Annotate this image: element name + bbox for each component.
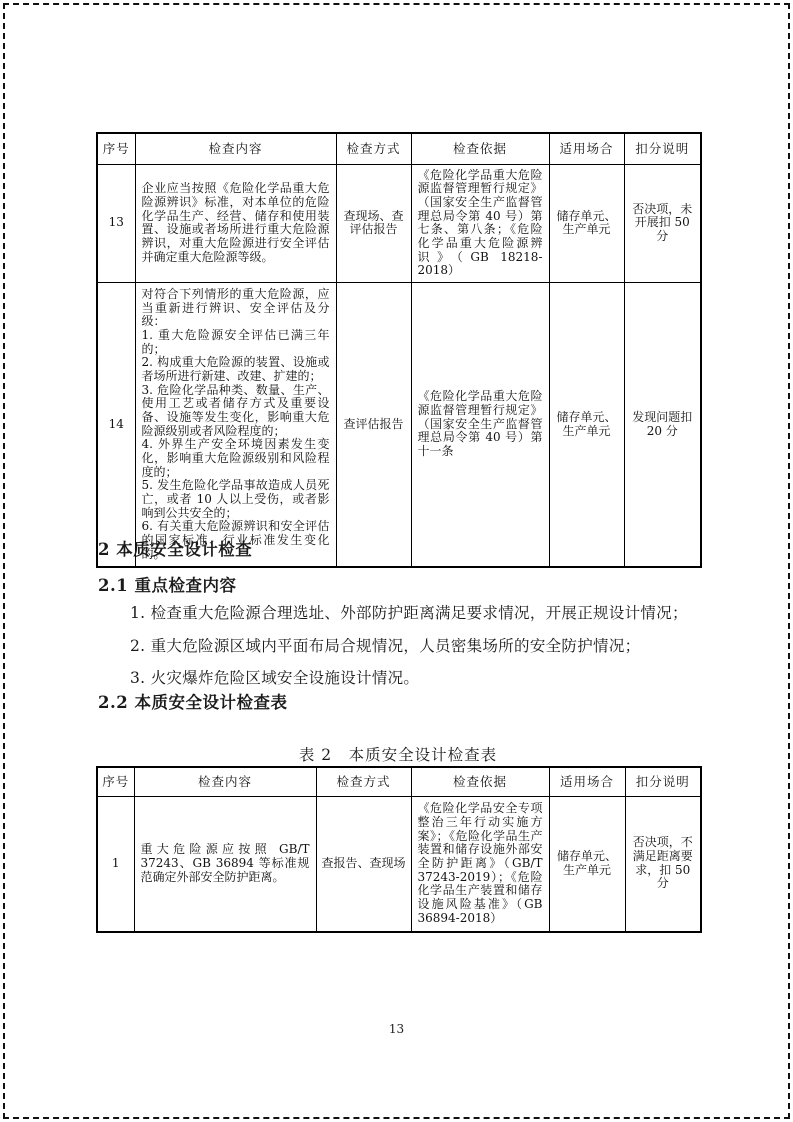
col-header-no: 序号 xyxy=(97,133,135,164)
col-header-no: 序号 xyxy=(97,767,134,796)
col-header-content: 检查内容 xyxy=(135,133,336,164)
col-header-method: 检查方式 xyxy=(336,133,411,164)
intrinsic-safety-design-check-table: 序号 检查内容 检查方式 检查依据 适用场合 扣分说明 1 重大危险源应按照 G… xyxy=(96,766,702,933)
table-row: 14 对符合下列情形的重大危险源，应当重新进行辨识、安全评估及分级： 1. 重大… xyxy=(97,282,701,567)
col-header-scope: 适用场合 xyxy=(549,767,625,796)
document-page: 序号 检查内容 检查方式 检查依据 适用场合 扣分说明 13 企业应当按照《危险… xyxy=(0,0,793,1122)
row-deduction: 发现问题扣 20 分 xyxy=(624,282,701,567)
row-basis: 《危险化学品安全专项整治三年行动实施方案》；《危险化学品生产装置和储存设施外部安… xyxy=(411,796,549,932)
row-basis: 《危险化学品重大危险源监督管理暂行规定》（国家安全生产监督管理总局令第 40 号… xyxy=(411,282,549,567)
col-header-basis: 检查依据 xyxy=(411,767,549,796)
row-method: 查现场、查评估报告 xyxy=(336,164,411,282)
key-point-item: 1. 检查重大危险源合理选址、外部防护距离满足要求情况，开展正规设计情况； xyxy=(130,601,688,623)
key-point-item: 2. 重大危险源区域内平面布局合规情况，人员密集场所的安全防护情况； xyxy=(130,634,640,656)
table-header-row: 序号 检查内容 检查方式 检查依据 适用场合 扣分说明 xyxy=(97,767,701,796)
table-row: 13 企业应当按照《危险化学品重大危险源辨识》标准，对本单位的危险化学品生产、经… xyxy=(97,164,701,282)
row-scope: 储存单元、生产单元 xyxy=(549,164,624,282)
row-no: 1 xyxy=(97,796,134,932)
col-header-content: 检查内容 xyxy=(134,767,316,796)
col-header-method: 检查方式 xyxy=(316,767,411,796)
col-header-deduction: 扣分说明 xyxy=(625,767,701,796)
row-no: 14 xyxy=(97,282,135,567)
col-header-scope: 适用场合 xyxy=(549,133,624,164)
row-method: 查评估报告 xyxy=(336,282,411,567)
row-content: 企业应当按照《危险化学品重大危险源辨识》标准，对本单位的危险化学品生产、经营、储… xyxy=(135,164,336,282)
table-header-row: 序号 检查内容 检查方式 检查依据 适用场合 扣分说明 xyxy=(97,133,701,164)
row-content: 重大危险源应按照 GB/T 37243、GB 36894 等标准规范确定外部安全… xyxy=(134,796,316,932)
row-scope: 储存单元、生产单元 xyxy=(549,282,624,567)
row-scope: 储存单元、生产单元 xyxy=(549,796,625,932)
table-caption: 表 2 本质安全设计检查表 xyxy=(96,743,700,765)
row-method: 查报告、查现场 xyxy=(316,796,411,932)
col-header-basis: 检查依据 xyxy=(411,133,549,164)
section-heading: 2 本质安全设计检查 xyxy=(98,536,252,560)
row-deduction: 否决项，未开展扣 50 分 xyxy=(624,164,701,282)
key-point-item: 3. 火灾爆炸危险区域安全设施设计情况。 xyxy=(130,666,419,688)
subsection-heading-key-points: 2.1 重点检查内容 xyxy=(98,572,236,596)
row-content: 对符合下列情形的重大危险源，应当重新进行辨识、安全评估及分级： 1. 重大危险源… xyxy=(135,282,336,567)
row-no: 13 xyxy=(97,164,135,282)
page-number: 13 xyxy=(0,1022,793,1036)
subsection-heading-design-check-table: 2.2 本质安全设计检查表 xyxy=(98,689,287,713)
row-basis: 《危险化学品重大危险源监督管理暂行规定》（国家安全生产监督管理总局令第 40 号… xyxy=(411,164,549,282)
row-deduction: 否决项，不满足距离要求，扣 50 分 xyxy=(625,796,701,932)
col-header-deduction: 扣分说明 xyxy=(624,133,701,164)
table-row: 1 重大危险源应按照 GB/T 37243、GB 36894 等标准规范确定外部… xyxy=(97,796,701,932)
hazard-source-check-table: 序号 检查内容 检查方式 检查依据 适用场合 扣分说明 13 企业应当按照《危险… xyxy=(96,132,702,568)
